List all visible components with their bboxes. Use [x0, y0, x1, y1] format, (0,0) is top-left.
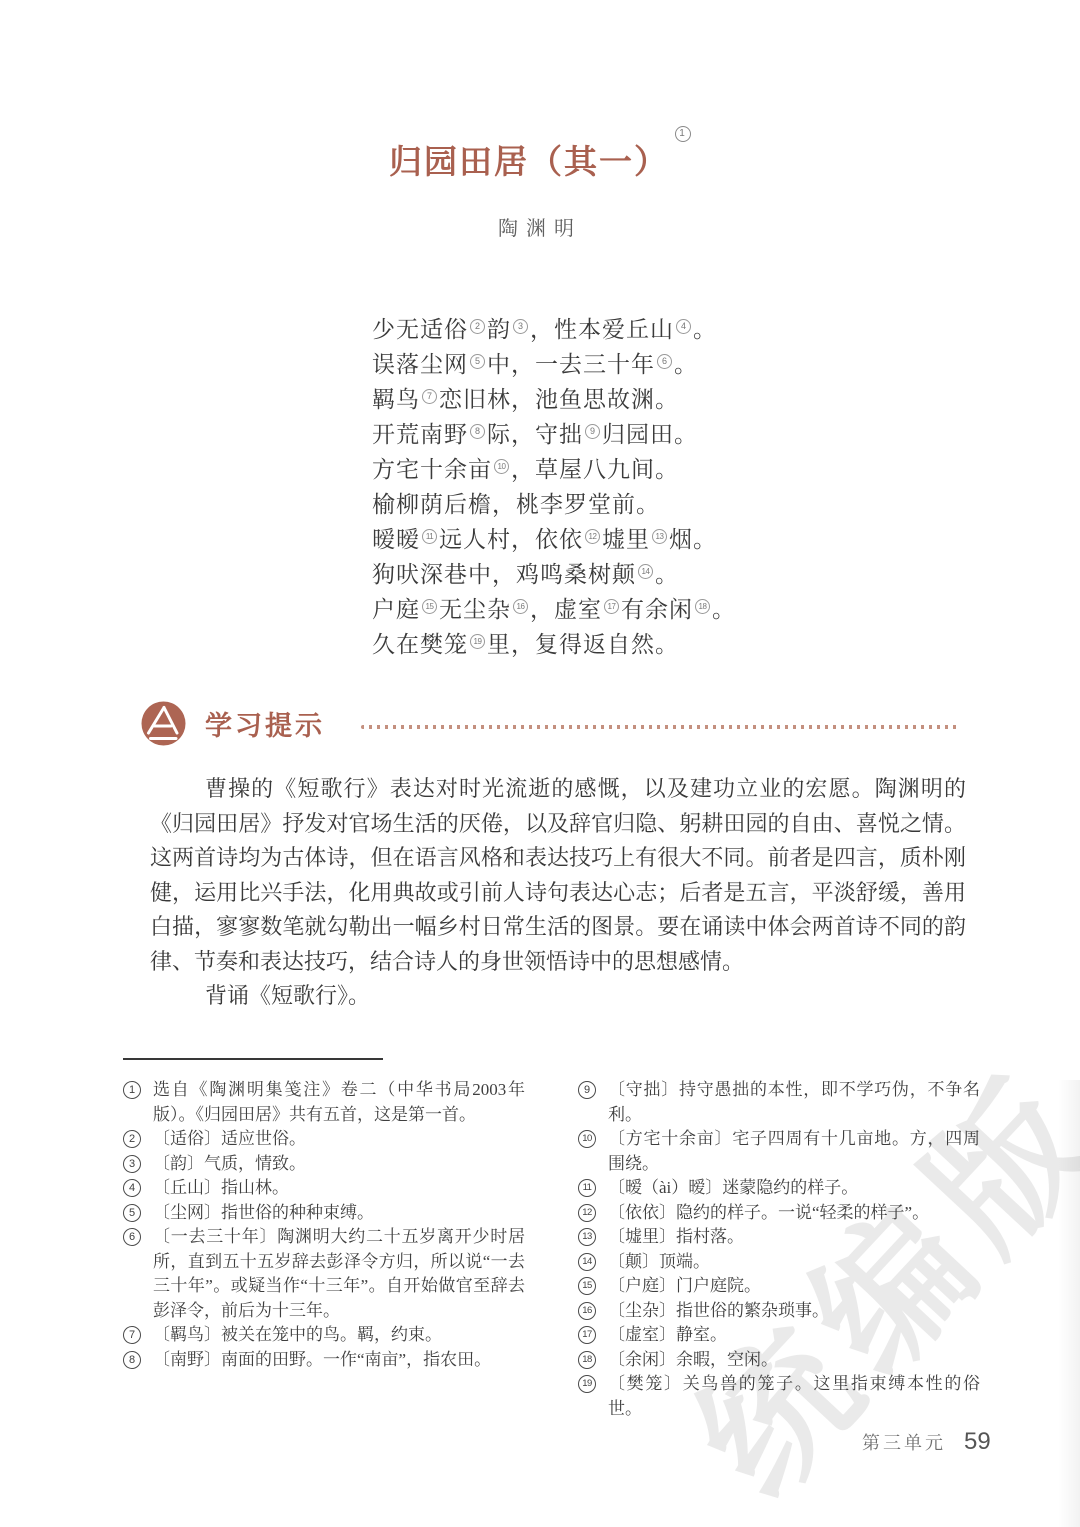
footnote-number: 9 — [578, 1081, 596, 1099]
footnote-ref: 11 — [422, 529, 437, 544]
poem-text: ，性本爱丘山 — [530, 317, 674, 342]
footnote-item: 17〔虚室〕静室。 — [578, 1323, 980, 1348]
footnote-ref: 5 — [470, 354, 485, 369]
footnote-item: 3〔韵〕气质，情致。 — [123, 1152, 525, 1177]
tips-paragraph: 曹操的《短歌行》表达对时光流逝的感慨，以及建功立业的宏愿。陶渊明的《归园田居》抒… — [150, 772, 966, 979]
footnote-ref: 18 — [695, 599, 710, 614]
footnote-text: 〔户庭〕门户庭院。 — [608, 1276, 761, 1295]
learning-tips-header: 学习提示 — [140, 700, 960, 747]
footnote-column-right: 9〔守拙〕持守愚拙的本性，即不学巧伪，不争名利。10〔方宅十余亩〕宅子四周有十几… — [578, 1078, 980, 1421]
poem-text: ，虚室 — [530, 597, 602, 622]
poem-line: 少无适俗2韵3，性本爱丘山4。 — [372, 312, 736, 347]
poem-line: 久在樊笼19里，复得返自然。 — [372, 627, 736, 662]
footnote-number: 1 — [123, 1081, 141, 1099]
poem-text: 榆柳荫后檐，桃李罗堂前。 — [372, 492, 660, 517]
learning-tips-heading: 学习提示 — [205, 704, 325, 743]
footnote-number: 17 — [578, 1326, 596, 1344]
footnote-number: 3 — [123, 1155, 141, 1173]
footnote-text: 〔虚室〕静室。 — [608, 1325, 727, 1344]
footnote-text: 〔丘山〕指山林。 — [153, 1178, 289, 1197]
poem-line: 误落尘网5中，一去三十年6。 — [372, 347, 736, 382]
poem-text: 。 — [693, 317, 717, 342]
footnote-number: 13 — [578, 1228, 596, 1246]
footnote-item: 2〔适俗〕适应世俗。 — [123, 1127, 525, 1152]
unit-label: 第三单元 — [862, 1429, 946, 1455]
learning-tips-logo-icon — [140, 700, 187, 747]
poem-text: ，草屋八九间。 — [511, 457, 679, 482]
footnote-text: 〔樊笼〕关鸟兽的笼子。这里指束缚本性的俗世。 — [608, 1374, 980, 1418]
poem-text: 开荒南野 — [372, 422, 468, 447]
footnote-number: 4 — [123, 1179, 141, 1197]
footnote-ref: 8 — [470, 424, 485, 439]
footnote-text: 〔余闲〕余暇，空闲。 — [608, 1350, 778, 1369]
poem-line: 暧暧11远人村，依依12墟里13烟。 — [372, 522, 736, 557]
poem-text: 中，一去三十年 — [487, 352, 655, 377]
title-block: 归园田居（其一）1 — [0, 136, 1080, 183]
poem-text: 恋旧林，池鱼思故渊。 — [439, 387, 679, 412]
footnote-ref: 13 — [652, 529, 667, 544]
footnote-ref: 14 — [638, 564, 653, 579]
footnote-item: 11〔暧（ài）暧〕迷蒙隐约的样子。 — [578, 1176, 980, 1201]
footnote-ref: 7 — [422, 389, 437, 404]
footnote-item: 4〔丘山〕指山林。 — [123, 1176, 525, 1201]
footnote-ref: 6 — [657, 354, 672, 369]
poem-text: 久在樊笼 — [372, 632, 468, 657]
footnote-number: 12 — [578, 1204, 596, 1222]
poem-text: 烟。 — [669, 527, 717, 552]
poem: 少无适俗2韵3，性本爱丘山4。误落尘网5中，一去三十年6。羁鸟7恋旧林，池鱼思故… — [372, 312, 736, 662]
footnote-ref: 10 — [494, 459, 509, 474]
footnote-text: 〔墟里〕指村落。 — [608, 1227, 744, 1246]
poem-text: 暧暧 — [372, 527, 420, 552]
poem-text: 。 — [655, 562, 679, 587]
footnote-number: 18 — [578, 1351, 596, 1369]
poem-line: 户庭15无尘杂16，虚室17有余闲18。 — [372, 592, 736, 627]
footnote-number: 5 — [123, 1204, 141, 1222]
learning-tips-body: 曹操的《短歌行》表达对时光流逝的感慨，以及建功立业的宏愿。陶渊明的《归园田居》抒… — [150, 772, 966, 1014]
footnote-text: 〔颠〕顶端。 — [608, 1252, 710, 1271]
footnote-text: 〔依依〕隐约的样子。一说“轻柔的样子”。 — [608, 1203, 929, 1222]
footnote-number: 7 — [123, 1326, 141, 1344]
footnote-text: 〔尘杂〕指世俗的繁杂琐事。 — [608, 1301, 829, 1320]
page-edge-shade — [1058, 1080, 1080, 1527]
poem-text: 韵 — [487, 317, 511, 342]
tips-paragraph: 背诵《短歌行》。 — [150, 979, 966, 1014]
footnote-number: 15 — [578, 1277, 596, 1295]
footnote-text: 〔尘网〕指世俗的种种束缚。 — [153, 1203, 374, 1222]
footnote-item: 13〔墟里〕指村落。 — [578, 1225, 980, 1250]
footnote-item: 6〔一去三十年〕陶渊明大约二十五岁离开少时居所，直到五十五岁辞去彭泽令方归，所以… — [123, 1225, 525, 1323]
footnote-number: 10 — [578, 1130, 596, 1148]
footnote-item: 7〔羁鸟〕被关在笼中的鸟。羁，约束。 — [123, 1323, 525, 1348]
footnote-text: 〔韵〕气质，情致。 — [153, 1154, 306, 1173]
footnote-text: 〔守拙〕持守愚拙的本性，即不学巧伪，不争名利。 — [608, 1080, 980, 1124]
poem-title-text: 归园田居（其一） — [389, 145, 669, 181]
poem-line: 榆柳荫后檐，桃李罗堂前。 — [372, 487, 736, 522]
footnote-item: 5〔尘网〕指世俗的种种束缚。 — [123, 1201, 525, 1226]
poem-text: 归园田。 — [602, 422, 698, 447]
footnote-item: 18〔余闲〕余暇，空闲。 — [578, 1348, 980, 1373]
poem-line: 狗吠深巷中，鸡鸣桑树颠14。 — [372, 557, 736, 592]
footnote-ref: 4 — [676, 319, 691, 334]
footnote-item: 15〔户庭〕门户庭院。 — [578, 1274, 980, 1299]
footnote-number: 2 — [123, 1130, 141, 1148]
footnote-text: 〔羁鸟〕被关在笼中的鸟。羁，约束。 — [153, 1325, 442, 1344]
footnote-number: 19 — [578, 1375, 596, 1393]
footnote-divider — [123, 1058, 383, 1060]
page-footer: 第三单元 59 — [862, 1428, 991, 1456]
poem-text: 误落尘网 — [372, 352, 468, 377]
footnote-column-left: 1选自《陶渊明集笺注》卷二（中华书局2003年版）。《归园田居》共有五首，这是第… — [123, 1078, 525, 1372]
poem-text: 羁鸟 — [372, 387, 420, 412]
footnote-text: 〔适俗〕适应世俗。 — [153, 1129, 306, 1148]
poem-text: 墟里 — [602, 527, 650, 552]
poem-text: 际，守拙 — [487, 422, 583, 447]
footnote-item: 9〔守拙〕持守愚拙的本性，即不学巧伪，不争名利。 — [578, 1078, 980, 1127]
page-title: 归园田居（其一）1 — [389, 136, 691, 183]
dotted-rule — [361, 725, 960, 729]
footnote-item: 1选自《陶渊明集笺注》卷二（中华书局2003年版）。《归园田居》共有五首，这是第… — [123, 1078, 525, 1127]
poem-line: 方宅十余亩10，草屋八九间。 — [372, 452, 736, 487]
title-footnote-ref: 1 — [675, 126, 691, 142]
poem-line: 羁鸟7恋旧林，池鱼思故渊。 — [372, 382, 736, 417]
footnote-item: 16〔尘杂〕指世俗的繁杂琐事。 — [578, 1299, 980, 1324]
poem-text: 无尘杂 — [439, 597, 511, 622]
poem-text: 里，复得返自然。 — [487, 632, 679, 657]
footnote-text: 〔暧（ài）暧〕迷蒙隐约的样子。 — [608, 1178, 858, 1197]
footnote-number: 11 — [578, 1179, 596, 1197]
footnote-ref: 9 — [585, 424, 600, 439]
footnote-ref: 15 — [422, 599, 437, 614]
poem-line: 开荒南野8际，守拙9归园田。 — [372, 417, 736, 452]
poem-text: 方宅十余亩 — [372, 457, 492, 482]
footnote-number: 8 — [123, 1351, 141, 1369]
footnote-ref: 19 — [470, 634, 485, 649]
poem-text: 狗吠深巷中，鸡鸣桑树颠 — [372, 562, 636, 587]
poem-author: 陶渊明 — [0, 212, 1080, 241]
footnote-text: 〔南野〕南面的田野。一作“南亩”，指农田。 — [153, 1350, 491, 1369]
poem-text: 。 — [712, 597, 736, 622]
textbook-page: 统编版 归园田居（其一）1 陶渊明 少无适俗2韵3，性本爱丘山4。误落尘网5中，… — [0, 0, 1080, 1527]
poem-text: 少无适俗 — [372, 317, 468, 342]
poem-text: 。 — [674, 352, 698, 377]
footnote-ref: 2 — [470, 319, 485, 334]
footnote-item: 8〔南野〕南面的田野。一作“南亩”，指农田。 — [123, 1348, 525, 1373]
page-number: 59 — [964, 1428, 991, 1456]
footnote-number: 16 — [578, 1302, 596, 1320]
poem-text: 户庭 — [372, 597, 420, 622]
footnote-item: 10〔方宅十余亩〕宅子四周有十几亩地。方，四周围绕。 — [578, 1127, 980, 1176]
footnote-item: 19〔樊笼〕关鸟兽的笼子。这里指束缚本性的俗世。 — [578, 1372, 980, 1421]
footnote-text: 〔一去三十年〕陶渊明大约二十五岁离开少时居所，直到五十五岁辞去彭泽令方归，所以说… — [153, 1227, 525, 1320]
footnote-ref: 3 — [513, 319, 528, 334]
poem-text: 远人村，依依 — [439, 527, 583, 552]
footnote-item: 14〔颠〕顶端。 — [578, 1250, 980, 1275]
footnote-item: 12〔依依〕隐约的样子。一说“轻柔的样子”。 — [578, 1201, 980, 1226]
footnote-text: 选自《陶渊明集笺注》卷二（中华书局2003年版）。《归园田居》共有五首，这是第一… — [153, 1080, 525, 1124]
footnote-text: 〔方宅十余亩〕宅子四周有十几亩地。方，四周围绕。 — [608, 1129, 980, 1173]
poem-text: 有余闲 — [621, 597, 693, 622]
footnote-number: 6 — [123, 1228, 141, 1246]
footnote-ref: 17 — [604, 599, 619, 614]
footnote-number: 14 — [578, 1253, 596, 1271]
footnote-ref: 12 — [585, 529, 600, 544]
footnote-ref: 16 — [513, 599, 528, 614]
